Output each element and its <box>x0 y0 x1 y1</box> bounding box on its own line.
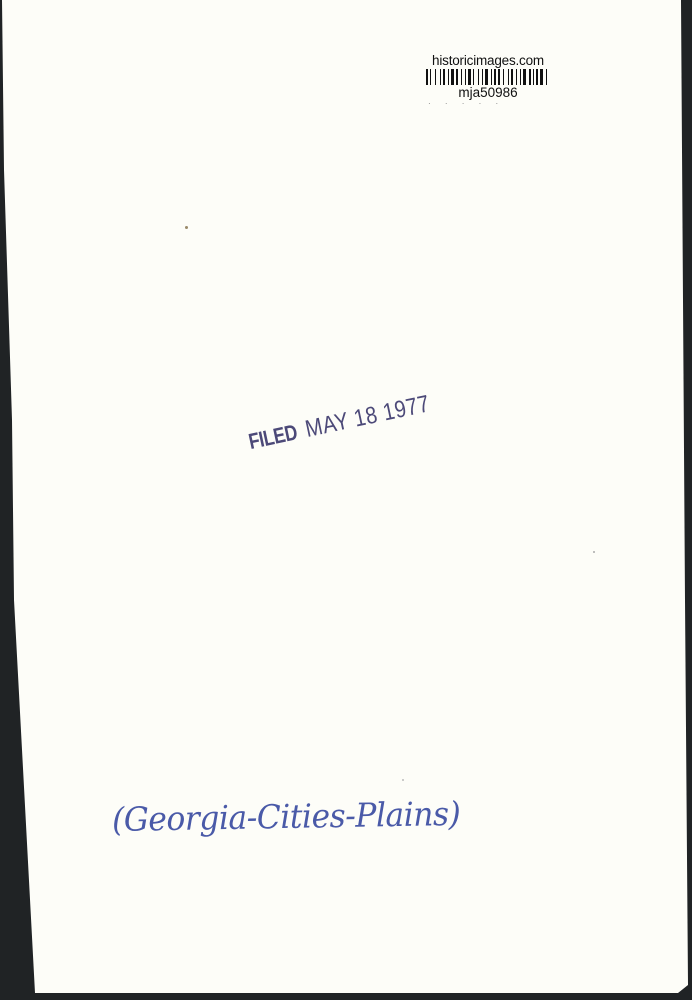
barcode-item-id: mja50986 <box>424 85 552 100</box>
paper-speck <box>593 551 595 553</box>
barcode-site-name: historicimages.com <box>424 53 552 68</box>
photo-back-paper <box>0 0 692 1000</box>
paper-speck <box>402 779 404 781</box>
handwritten-caption: (Georgia-Cities-Plains) <box>112 794 461 839</box>
paper-speck <box>185 226 188 229</box>
barcode-dots: · · · · · <box>424 100 552 108</box>
barcode-icon <box>426 69 550 85</box>
archive-barcode-label: historicimages.com mja50986 · · · · · <box>424 53 552 108</box>
